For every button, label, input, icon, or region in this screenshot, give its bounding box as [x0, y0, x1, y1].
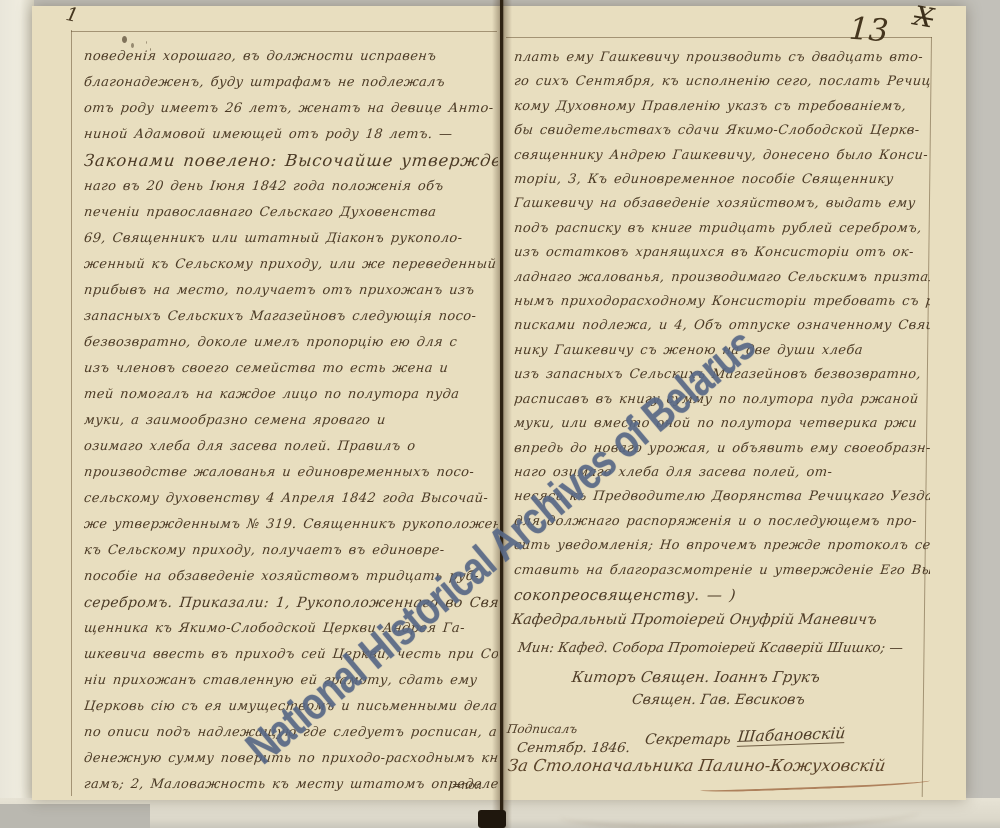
catchword-mark: =пол: [452, 779, 482, 792]
folio-number: 13: [848, 11, 890, 50]
handwritten-line: къ Сельскому приходу, получаетъ въ едино…: [84, 538, 498, 564]
clerk-signature: За Столоначальника Палино-Кожуховскій: [507, 756, 887, 775]
top-rule-left-page: [71, 31, 497, 32]
handwritten-line: тей помогалъ на каждое лицо по полутора …: [84, 382, 498, 408]
handwritten-line: безвозвратно, доколе имелъ пропорцію ею …: [84, 330, 498, 356]
signature-presiding-archpriest: Кафедральный Протоіерей Онуфрій Маневичъ: [511, 612, 878, 628]
signature-cathedral-archpriest: Мин: Кафед. Собора Протоіерей Ксаверій Ш…: [517, 640, 904, 656]
handwritten-line: прибывъ на место, получаетъ отъ прихожан…: [84, 278, 498, 304]
handwritten-line: 69, Священникъ или штатный Діаконъ рукоп…: [84, 226, 498, 252]
secretary-title: Секретарь: [644, 732, 732, 748]
handwritten-line: наго въ 20 день Іюня 1842 года положенія…: [84, 174, 498, 200]
handwritten-line: сокопреосвященству. — ): [514, 583, 930, 607]
handwritten-line: ладнаго жалованья, производимаго Сельски…: [514, 266, 930, 290]
handwritten-line: ниной Адамовой имеющей отъ роду 18 летъ.…: [84, 122, 498, 148]
handwritten-line: изъ членовъ своего семейства то есть жен…: [84, 356, 498, 382]
handwritten-line: печеніи православнаго Сельскаго Духовенс…: [84, 200, 498, 226]
handwritten-line: сить уведомленія; Но впрочемъ прежде про…: [514, 534, 930, 558]
handwritten-line: шкевича ввесть въ приходъ сей Церкви, че…: [84, 642, 498, 668]
handwritten-line: гамъ; 2, Маловажность къ месту штатомъ о…: [84, 772, 498, 798]
handwritten-line: бы свидетельствахъ сдачи Якимо-Слободско…: [514, 119, 930, 143]
handwritten-line: сельскому духовенству 4 Апреля 1842 года…: [84, 486, 498, 512]
handwritten-line: же утвержденнымъ № 319. Священникъ рукоп…: [84, 512, 498, 538]
handwritten-line: священнику Андрею Гашкевичу, донесено бы…: [514, 144, 930, 168]
center-fold-line: [500, 0, 503, 828]
handwritten-line: производстве жалованья и единовременныхъ…: [84, 460, 498, 486]
handwritten-line: озимаго хлеба для засева полей. Правилъ …: [84, 434, 498, 460]
signature-priest-2: Священ. Гав. Евсиковъ: [631, 692, 806, 708]
handwritten-line: го сихъ Сентября, къ исполненію сего, по…: [514, 70, 930, 94]
fold-ink-blot: [478, 810, 506, 828]
ink-smudge: [122, 36, 127, 43]
handwritten-line: плать ему Гашкевичу производить съ двадц…: [514, 46, 930, 70]
handwritten-line: торіи, 3, Къ единовременное пособіе Свящ…: [514, 168, 930, 192]
underlying-page-edge-left: [0, 0, 34, 828]
handwritten-line: подъ расписку въ книге тридцать рублей с…: [514, 217, 930, 241]
handwritten-line: нымъ приходорасходному Консисторіи требо…: [514, 290, 930, 314]
handwritten-line: отъ роду имеетъ 26 летъ, женатъ на девиц…: [84, 96, 498, 122]
handwritten-line: поведенія хорошаго, въ должности исправе…: [84, 44, 498, 70]
handwritten-line: муки, а заимообразно семена яроваго и: [84, 408, 498, 434]
handwritten-line: женный къ Сельскому приходу, или же пере…: [84, 252, 498, 278]
margin-rule-left-page: [71, 30, 72, 796]
scanner-background-corner: [0, 804, 150, 828]
handwritten-line: кому Духовному Правленію указъ съ требов…: [514, 95, 930, 119]
handwritten-line: ставить на благоразсмотреніе и утвержден…: [514, 559, 930, 583]
handwritten-line: запасныхъ Сельскихъ Магазейновъ следующі…: [84, 304, 498, 330]
signed-label: Подписалъ: [506, 722, 578, 736]
handwritten-line: изъ остатковъ хранящихся въ Консисторіи …: [514, 241, 930, 265]
handwritten-line: Гашкевичу на обзаведеніе хозяйствомъ, вы…: [514, 192, 930, 216]
secretary-signature: Шабановскій: [737, 724, 847, 747]
handwritten-line: муки, или вместо оной по полутора четвер…: [514, 412, 930, 436]
handwritten-line: благонадеженъ, буду штрафамъ не подлежал…: [84, 70, 498, 96]
handwritten-line: Законами повелено: Высочайше утвержден-: [84, 148, 498, 174]
signed-date: Сентябр. 1846.: [516, 740, 631, 756]
signature-priest-1: Киторъ Священ. Іоаннъ Грукъ: [571, 668, 821, 686]
